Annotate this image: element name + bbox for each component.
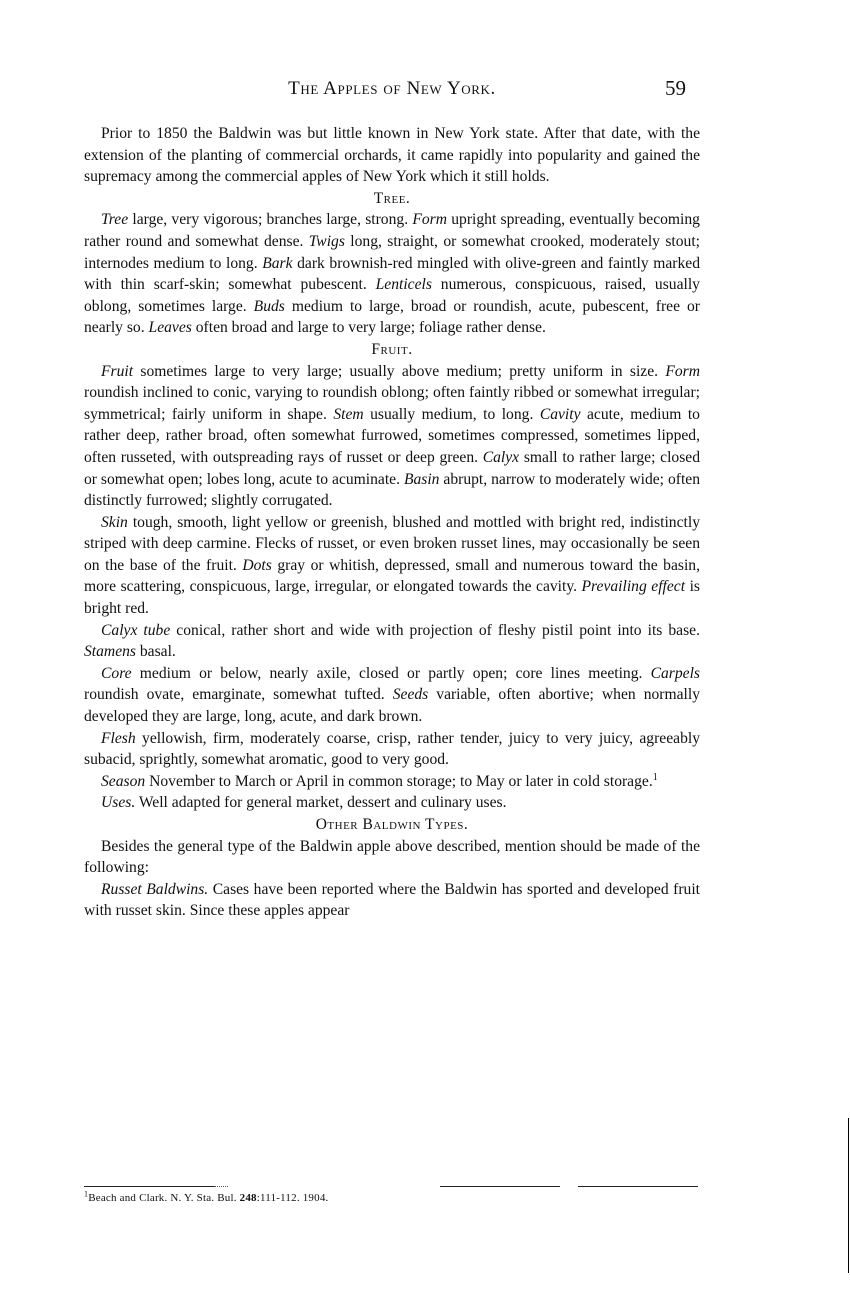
footnote-rule-far-right <box>578 1186 698 1187</box>
fruit-paragraph: Fruit sometimes large to very large; usu… <box>84 361 700 512</box>
term-label: Twigs <box>309 233 345 250</box>
fruit-paragraph: Season November to March or April in com… <box>84 771 700 793</box>
fruit-paragraph: Skin tough, smooth, light yellow or gree… <box>84 512 700 620</box>
footnote-tail: :111-112. 1904. <box>257 1192 329 1204</box>
description-text: roundish ovate, emarginate, somewhat tuf… <box>84 686 393 703</box>
other-types-paragraph: Besides the general type of the Baldwin … <box>84 836 700 879</box>
term-label: Tree <box>101 211 128 228</box>
fruit-paragraph: Flesh yellowish, firm, moderately coarse… <box>84 728 700 771</box>
description-text: sometimes large to very large; usually a… <box>133 363 665 380</box>
footnote-rule-right <box>440 1186 560 1187</box>
description-text: Besides the general type of the Baldwin … <box>84 838 700 877</box>
page-number: 59 <box>665 76 686 101</box>
description-text: Well adapted for general market, dessert… <box>135 794 506 811</box>
term-label: Core <box>101 665 132 682</box>
term-label: Calyx tube <box>101 622 170 639</box>
term-label: Russet Baldwins. <box>101 881 208 898</box>
page-edge-line <box>848 1118 849 1273</box>
description-text: medium or below, nearly axile, closed or… <box>132 665 651 682</box>
description-text: large, very vigorous; branches large, st… <box>128 211 412 228</box>
fruit-paragraphs: Fruit sometimes large to very large; usu… <box>84 361 700 814</box>
description-text: November to March or April in common sto… <box>145 773 653 790</box>
description-text: basal. <box>136 643 176 660</box>
term-label: Seeds <box>393 686 429 703</box>
other-types-paragraphs: Besides the general type of the Baldwin … <box>84 836 700 922</box>
term-label: Skin <box>101 514 128 531</box>
footnote-rule-dots <box>214 1186 228 1187</box>
term-label: Season <box>101 773 145 790</box>
footnote-text: Beach and Clark. N. Y. Sta. Bul. <box>88 1192 239 1204</box>
term-label: Basin <box>404 471 440 488</box>
term-label: Stem <box>333 406 363 423</box>
term-label: Uses. <box>101 794 135 811</box>
section-heading-other-baldwin-types: Other Baldwin Types. <box>84 814 700 836</box>
section-heading-fruit: Fruit. <box>84 339 700 361</box>
footnote: 1Beach and Clark. N. Y. Sta. Bul. 248:11… <box>84 1192 328 1204</box>
other-types-paragraph: Russet Baldwins. Cases have been reporte… <box>84 879 700 922</box>
running-head: The Apples of New York. 59 <box>84 76 700 104</box>
running-title: The Apples of New York. <box>84 78 700 100</box>
tree-paragraph: Tree large, very vigorous; branches larg… <box>84 209 700 339</box>
footnote-reference: 1 <box>653 772 658 783</box>
fruit-paragraph: Calyx tube conical, rather short and wid… <box>84 620 700 663</box>
term-label: Fruit <box>101 363 133 380</box>
book-page: The Apples of New York. 59 Prior to 1850… <box>0 0 850 1310</box>
body-text: Prior to 1850 the Baldwin was but little… <box>84 123 700 922</box>
section-heading-tree: Tree. <box>84 188 700 210</box>
description-text: conical, rather short and wide with proj… <box>170 622 700 639</box>
intro-paragraph: Prior to 1850 the Baldwin was but little… <box>84 123 700 188</box>
fruit-paragraph: Core medium or below, nearly axile, clos… <box>84 663 700 728</box>
term-label: Prevailing effect <box>582 578 686 595</box>
term-label: Leaves <box>149 319 192 336</box>
term-label: Calyx <box>483 449 519 466</box>
footnote-bulletin-number: 248 <box>240 1192 257 1204</box>
description-text: often broad and large to very large; fol… <box>192 319 546 336</box>
term-label: Form <box>412 211 447 228</box>
footnote-rule <box>84 1186 214 1187</box>
term-label: Cavity <box>540 406 581 423</box>
term-label: Flesh <box>101 730 136 747</box>
term-label: Carpels <box>651 665 700 682</box>
term-label: Form <box>665 363 700 380</box>
description-text: usually medium, to long. <box>364 406 540 423</box>
description-text: yellowish, firm, moderately coarse, cris… <box>84 730 700 769</box>
term-label: Dots <box>242 557 271 574</box>
term-label: Stamens <box>84 643 136 660</box>
term-label: Buds <box>254 298 285 315</box>
term-label: Lenticels <box>376 276 432 293</box>
fruit-paragraph: Uses. Well adapted for general market, d… <box>84 792 700 814</box>
term-label: Bark <box>262 255 292 272</box>
